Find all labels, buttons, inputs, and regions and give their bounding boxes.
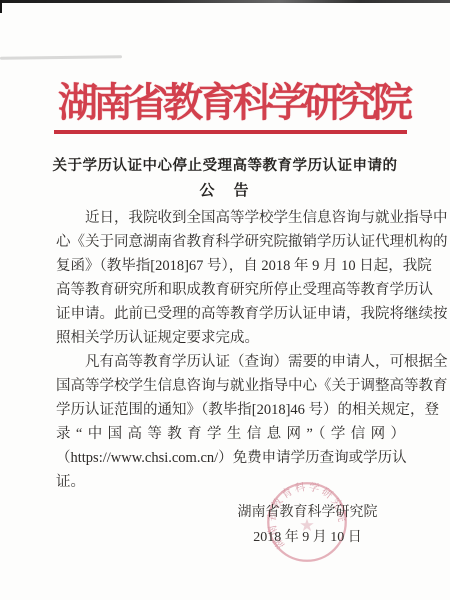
scan-artifact-corner-mark — [0, 0, 2, 13]
body-line: 近日，我院收到全国高等学校学生信息咨询与就业指导中 — [56, 206, 405, 230]
notice-title-line2: 公 告 — [0, 179, 450, 200]
signature-block: 湖南省教育科学研究院 2018 年 9 月 10 日 — [230, 500, 385, 550]
body-line: 复函》（教毕指[2018]67 号），自 2018 年 9 月 10 日起，我院 — [56, 254, 405, 278]
body-line: 录“中国高等教育学生信息网”（学信网） — [56, 422, 405, 446]
signature-date: 2018 年 9 月 10 日 — [230, 525, 385, 550]
letterhead-divider — [54, 130, 407, 134]
body-line: 学历认证范围的通知》（教毕指[2018]46 号）的相关规定，登 — [56, 398, 405, 422]
scanned-notice-page: 湖南省教育科学研究院 关于学历认证中心停止受理高等教育学历认证申请的 公 告 近… — [0, 0, 450, 600]
body-line: 照相关学历认证规定要求完成。 — [56, 326, 405, 350]
signature-org: 湖南省教育科学研究院 — [230, 500, 385, 525]
body-line: （https://www.chsi.com.cn/）免费申请学历查询或学历认 — [56, 446, 405, 470]
letterhead-org-name: 湖南省教育科学研究院 — [0, 71, 450, 128]
body-line: 证。 — [56, 470, 405, 494]
notice-title-line1: 关于学历认证中心停止受理高等教育学历认证申请的 — [0, 154, 450, 175]
body-line: 高等教育研究所和职成教育研究所停止受理高等教育学历认 — [56, 278, 405, 302]
scan-artifact-top-bar — [0, 0, 450, 3]
body-line: 凡有高等教育学历认证（查询）需要的申请人，可根据全 — [56, 350, 405, 374]
notice-body: 近日，我院收到全国高等学校学生信息咨询与就业指导中 心《关于同意湖南省教育科学研… — [56, 206, 405, 494]
scan-artifact-smudge — [0, 55, 122, 59]
body-line: 心《关于同意湖南省教育科学研究院撤销学历认证代理机构的 — [56, 230, 405, 254]
body-line: 国高等学校学生信息咨询与就业指导中心《关于调整高等教育 — [56, 374, 405, 398]
body-line: 证申请。此前已受理的高等教育学历认证申请，我院将继续按 — [56, 302, 405, 326]
